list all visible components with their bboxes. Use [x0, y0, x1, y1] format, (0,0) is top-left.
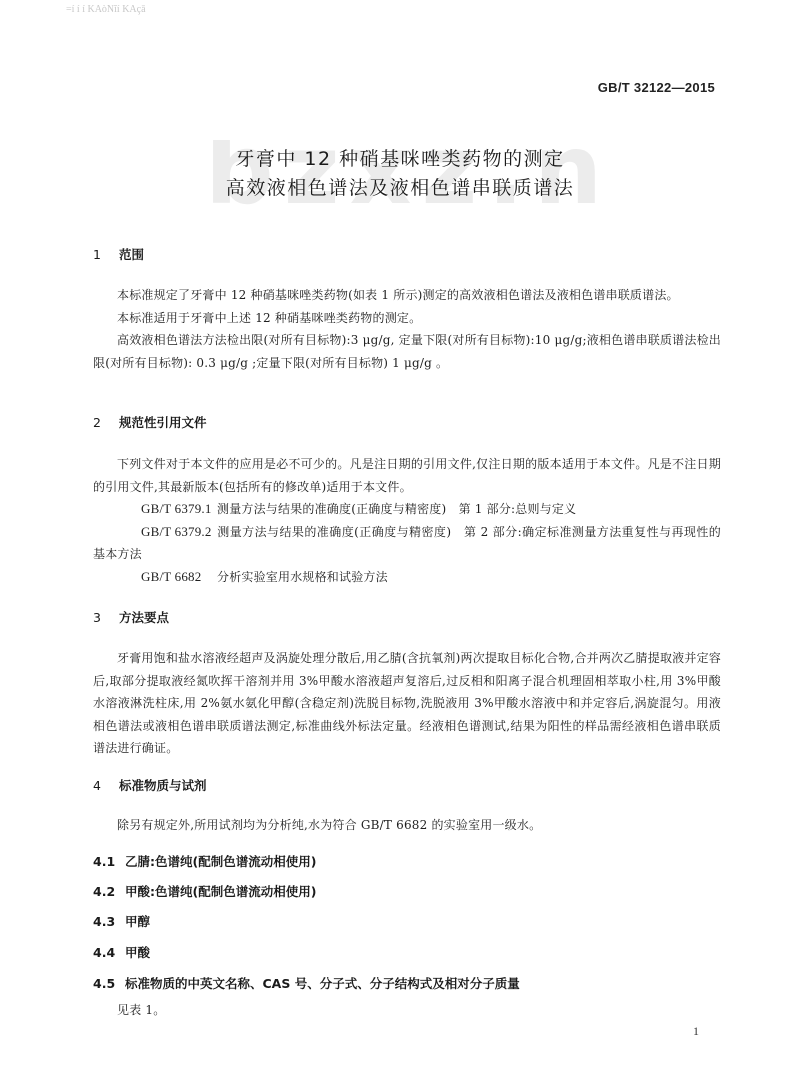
subsection-title: 甲酸: [125, 945, 150, 960]
subsection-4-3: 4.3甲醇: [93, 912, 150, 930]
section-title: 规范性引用文件: [119, 415, 207, 430]
subsection-number: 4.4: [93, 945, 125, 960]
see-table-text: 见表 1。: [93, 999, 721, 1022]
section-title: 标准物质与试剂: [119, 778, 207, 793]
subsection-4-1: 4.1乙腈:色谱纯(配制色谱流动相使用): [93, 852, 316, 870]
top-watermark: =í í í KAòNĭí KAçā: [66, 4, 146, 15]
section-number: 4: [93, 778, 119, 793]
title-line-1: 牙膏中 12 种硝基咪唑类药物的测定: [0, 145, 800, 174]
section-title: 范围: [119, 247, 144, 262]
subsection-4-5: 4.5标准物质的中英文名称、CAS 号、分子式、分子结构式及相对分子质量: [93, 974, 520, 992]
section-4-body: 除另有规定外,所用试剂均为分析纯,水为符合 GB/T 6682 的实验室用一级水…: [93, 814, 721, 837]
section-4-heading: 4标准物质与试剂: [93, 776, 207, 794]
scope-paragraph-3: 高效液相色谱法方法检出限(对所有目标物):3 μg/g, 定量下限(对所有目标物…: [93, 329, 721, 374]
reference-code: GB/T 6379.1: [117, 498, 217, 521]
subsection-4-4: 4.4甲酸: [93, 943, 150, 961]
subsection-title: 标准物质的中英文名称、CAS 号、分子式、分子结构式及相对分子质量: [125, 976, 520, 991]
section-number: 3: [93, 610, 119, 625]
subsection-number: 4.1: [93, 854, 125, 869]
reference-code: GB/T 6379.2: [117, 521, 217, 544]
section-3-heading: 3方法要点: [93, 608, 169, 626]
subsection-number: 4.2: [93, 884, 125, 899]
section-2-body: 下列文件对于本文件的应用是必不可少的。凡是注日期的引用文件,仅注日期的版本适用于…: [93, 453, 721, 588]
section-number: 2: [93, 415, 119, 430]
subsection-title: 甲醇: [125, 914, 150, 929]
subsection-number: 4.3: [93, 914, 125, 929]
section-number: 1: [93, 247, 119, 262]
title-line-2: 高效液相色谱法及液相色谱串联质谱法: [0, 174, 800, 203]
subsection-title: 甲酸:色谱纯(配制色谱流动相使用): [125, 884, 316, 899]
reference-item: GB/T 6379.2测量方法与结果的准确度(正确度与精密度) 第 2 部分:确…: [93, 521, 721, 566]
page-number: 1: [693, 1024, 699, 1039]
section-2-heading: 2规范性引用文件: [93, 413, 207, 431]
document-title: 牙膏中 12 种硝基咪唑类药物的测定 高效液相色谱法及液相色谱串联质谱法: [0, 145, 800, 203]
section-3-body: 牙膏用饱和盐水溶液经超声及涡旋处理分散后,用乙腈(含抗氧剂)两次提取目标化合物,…: [93, 647, 721, 760]
reference-item: GB/T 6682分析实验室用水规格和试验方法: [93, 566, 721, 589]
reference-title: 测量方法与结果的准确度(正确度与精密度) 第 1 部分:总则与定义: [217, 502, 576, 516]
section-1-heading: 1范围: [93, 245, 144, 263]
reference-item: GB/T 6379.1测量方法与结果的准确度(正确度与精密度) 第 1 部分:总…: [93, 498, 721, 521]
method-summary-paragraph: 牙膏用饱和盐水溶液经超声及涡旋处理分散后,用乙腈(含抗氧剂)两次提取目标化合物,…: [93, 647, 721, 760]
scope-paragraph-1: 本标准规定了牙膏中 12 种硝基咪唑类药物(如表 1 所示)测定的高效液相色谱法…: [93, 284, 721, 307]
reference-code: GB/T 6682: [117, 566, 217, 589]
subsection-title: 乙腈:色谱纯(配制色谱流动相使用): [125, 854, 316, 869]
scope-paragraph-2: 本标准适用于牙膏中上述 12 种硝基咪唑类药物的测定。: [93, 307, 721, 330]
section-1-body: 本标准规定了牙膏中 12 种硝基咪唑类药物(如表 1 所示)测定的高效液相色谱法…: [93, 284, 721, 374]
see-table-note: 见表 1。: [93, 999, 721, 1022]
subsection-number: 4.5: [93, 976, 125, 991]
reference-title: 分析实验室用水规格和试验方法: [217, 570, 388, 584]
subsection-4-2: 4.2甲酸:色谱纯(配制色谱流动相使用): [93, 882, 316, 900]
section-title: 方法要点: [119, 610, 169, 625]
standard-code: GB/T 32122—2015: [598, 80, 715, 95]
reagents-paragraph: 除另有规定外,所用试剂均为分析纯,水为符合 GB/T 6682 的实验室用一级水…: [93, 814, 721, 837]
references-intro: 下列文件对于本文件的应用是必不可少的。凡是注日期的引用文件,仅注日期的版本适用于…: [93, 453, 721, 498]
